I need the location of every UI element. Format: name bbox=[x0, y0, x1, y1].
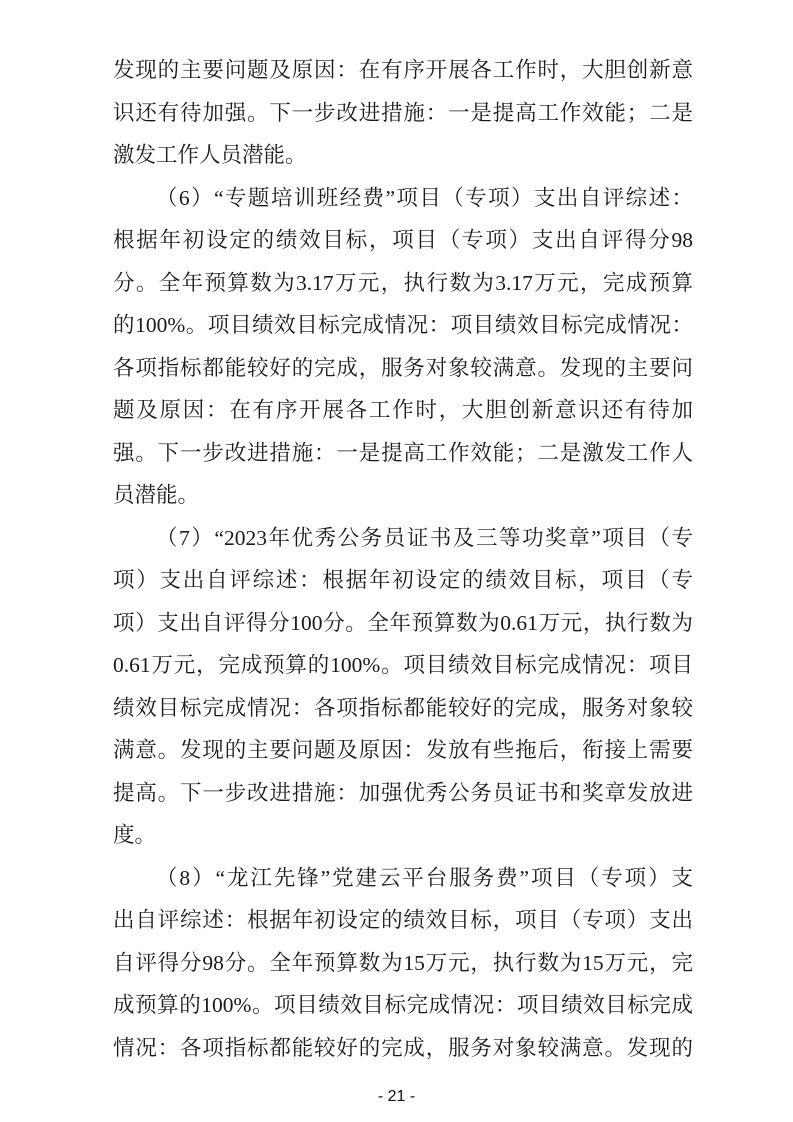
text-line: 发现的主要问题及原因：在有序开展各工作时，大胆创新意 bbox=[113, 49, 693, 92]
text-line-item-7-start: （7）“2023年优秀公务员证书及三等功奖章”项目（专 bbox=[113, 517, 693, 560]
text-line: 0.61万元，完成预算的100%。项目绩效目标完成情况：项目 bbox=[113, 644, 693, 687]
text-line: 度。 bbox=[113, 814, 693, 857]
text-line: 激发工作人员潜能。 bbox=[113, 134, 693, 177]
text-line: 强。下一步改进措施：一是提高工作效能；二是激发工作人 bbox=[113, 432, 693, 475]
text-line: 分。全年预算数为3.17万元，执行数为3.17万元，完成预算 bbox=[113, 262, 693, 305]
text-line: 成预算的100%。项目绩效目标完成情况：项目绩效目标完成 bbox=[113, 984, 693, 1027]
text-line-item-8-start: （8）“龙江先锋”党建云平台服务费”项目（专项）支 bbox=[113, 857, 693, 900]
text-line: 项）支出自评得分100分。全年预算数为0.61万元，执行数为 bbox=[113, 602, 693, 645]
text-line-item-6-start: （6）“专题培训班经费”项目（专项）支出自评综述： bbox=[113, 177, 693, 220]
text-line: 自评得分98分。全年预算数为15万元，执行数为15万元，完 bbox=[113, 942, 693, 985]
text-line: 根据年初设定的绩效目标，项目（专项）支出自评得分98 bbox=[113, 219, 693, 262]
page-number: - 21 - bbox=[0, 1087, 793, 1107]
text-line: 题及原因：在有序开展各工作时，大胆创新意识还有待加 bbox=[113, 389, 693, 432]
document-text-block: 发现的主要问题及原因：在有序开展各工作时，大胆创新意 识还有待加强。下一步改进措… bbox=[113, 49, 693, 1069]
text-line: 的100%。项目绩效目标完成情况：项目绩效目标完成情况： bbox=[113, 304, 693, 347]
text-line: 提高。下一步改进措施：加强优秀公务员证书和奖章发放进 bbox=[113, 772, 693, 815]
text-line: 识还有待加强。下一步改进措施：一是提高工作效能；二是 bbox=[113, 92, 693, 135]
text-line: 各项指标都能较好的完成，服务对象较满意。发现的主要问 bbox=[113, 347, 693, 390]
text-line: 绩效目标完成情况：各项指标都能较好的完成，服务对象较 bbox=[113, 687, 693, 730]
text-line: 满意。发现的主要问题及原因：发放有些拖后，衔接上需要 bbox=[113, 729, 693, 772]
text-line: 情况：各项指标都能较好的完成，服务对象较满意。发现的 bbox=[113, 1027, 693, 1070]
text-line: 出自评综述：根据年初设定的绩效目标，项目（专项）支出 bbox=[113, 899, 693, 942]
text-line: 员潜能。 bbox=[113, 474, 693, 517]
text-line: 项）支出自评综述：根据年初设定的绩效目标，项目（专 bbox=[113, 559, 693, 602]
